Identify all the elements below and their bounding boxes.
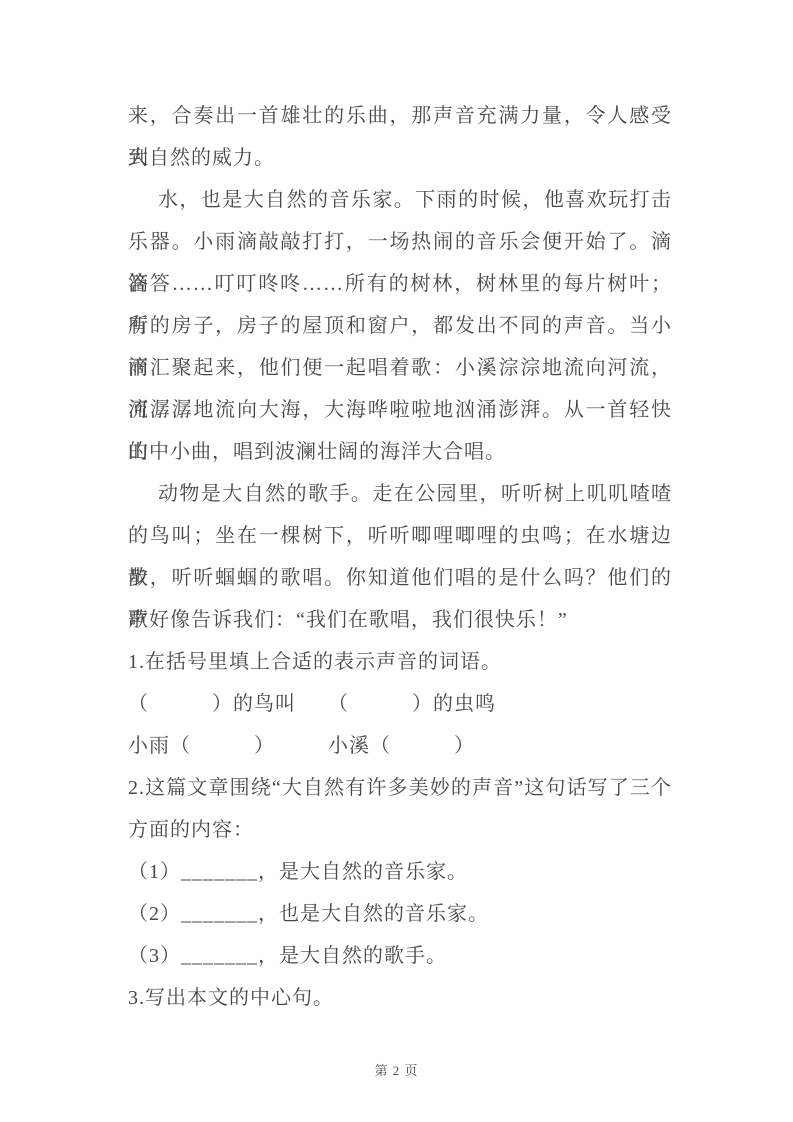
- text-line: 流潺潺地流向大海，大海哗啦啦地汹涌澎湃。从一首轻快的: [128, 389, 672, 431]
- text-line: 动物是大自然的歌手。走在公园里，听听树上叽叽喳喳: [128, 473, 672, 515]
- text-line: （3）_______，是大自然的歌手。: [128, 935, 672, 977]
- text-line: 声好像告诉我们：“我们在歌唱，我们很快乐！”: [128, 599, 672, 641]
- text-line: （2）_______，也是大自然的音乐家。: [128, 893, 672, 935]
- text-line: 3.写出本文的中心句。: [128, 977, 672, 1019]
- text-line: 来，合奏出一首雄壮的乐曲，那声音充满力量，令人感受到: [128, 95, 672, 137]
- text-line: 水，也是大自然的音乐家。下雨的时候，他喜欢玩打击: [128, 179, 672, 221]
- document-body: 来，合奏出一首雄壮的乐曲，那声音充满力量，令人感受到大自然的威力。水，也是大自然…: [128, 95, 672, 1019]
- text-line: 的鸟叫；坐在一棵树下，听听唧哩唧哩的虫鸣；在水塘边散: [128, 515, 672, 557]
- text-line: 2.这篇文章围绕“大自然有许多美妙的声音”这句话写了三个: [128, 767, 672, 809]
- text-line: 乐器。小雨滴敲敲打打，一场热闹的音乐会便开始了。滴滴: [128, 221, 672, 263]
- text-line: 有的房子，房子的屋顶和窗户，都发出不同的声音。当小雨: [128, 305, 672, 347]
- text-line: 山中小曲，唱到波澜壮阔的海洋大合唱。: [128, 431, 672, 473]
- text-line: （1）_______，是大自然的音乐家。: [128, 851, 672, 893]
- document-page: 来，合奏出一首雄壮的乐曲，那声音充满力量，令人感受到大自然的威力。水，也是大自然…: [0, 0, 793, 1122]
- page-number: 第 2 页: [0, 1062, 793, 1080]
- text-line: 小雨（ ） 小溪（ ）: [128, 725, 672, 767]
- text-line: 大自然的威力。: [128, 137, 672, 179]
- text-line: 答答……叮叮咚咚……所有的树林，树林里的每片树叶；所: [128, 263, 672, 305]
- text-line: 步，听听蝈蝈的歌唱。你知道他们唱的是什么吗？他们的歌: [128, 557, 672, 599]
- text-line: （ ）的鸟叫 （ ）的虫鸣: [128, 683, 672, 725]
- text-line: 滴汇聚起来，他们便一起唱着歌：小溪淙淙地流向河流，河: [128, 347, 672, 389]
- text-line: 方面的内容：: [128, 809, 672, 851]
- text-line: 1.在括号里填上合适的表示声音的词语。: [128, 641, 672, 683]
